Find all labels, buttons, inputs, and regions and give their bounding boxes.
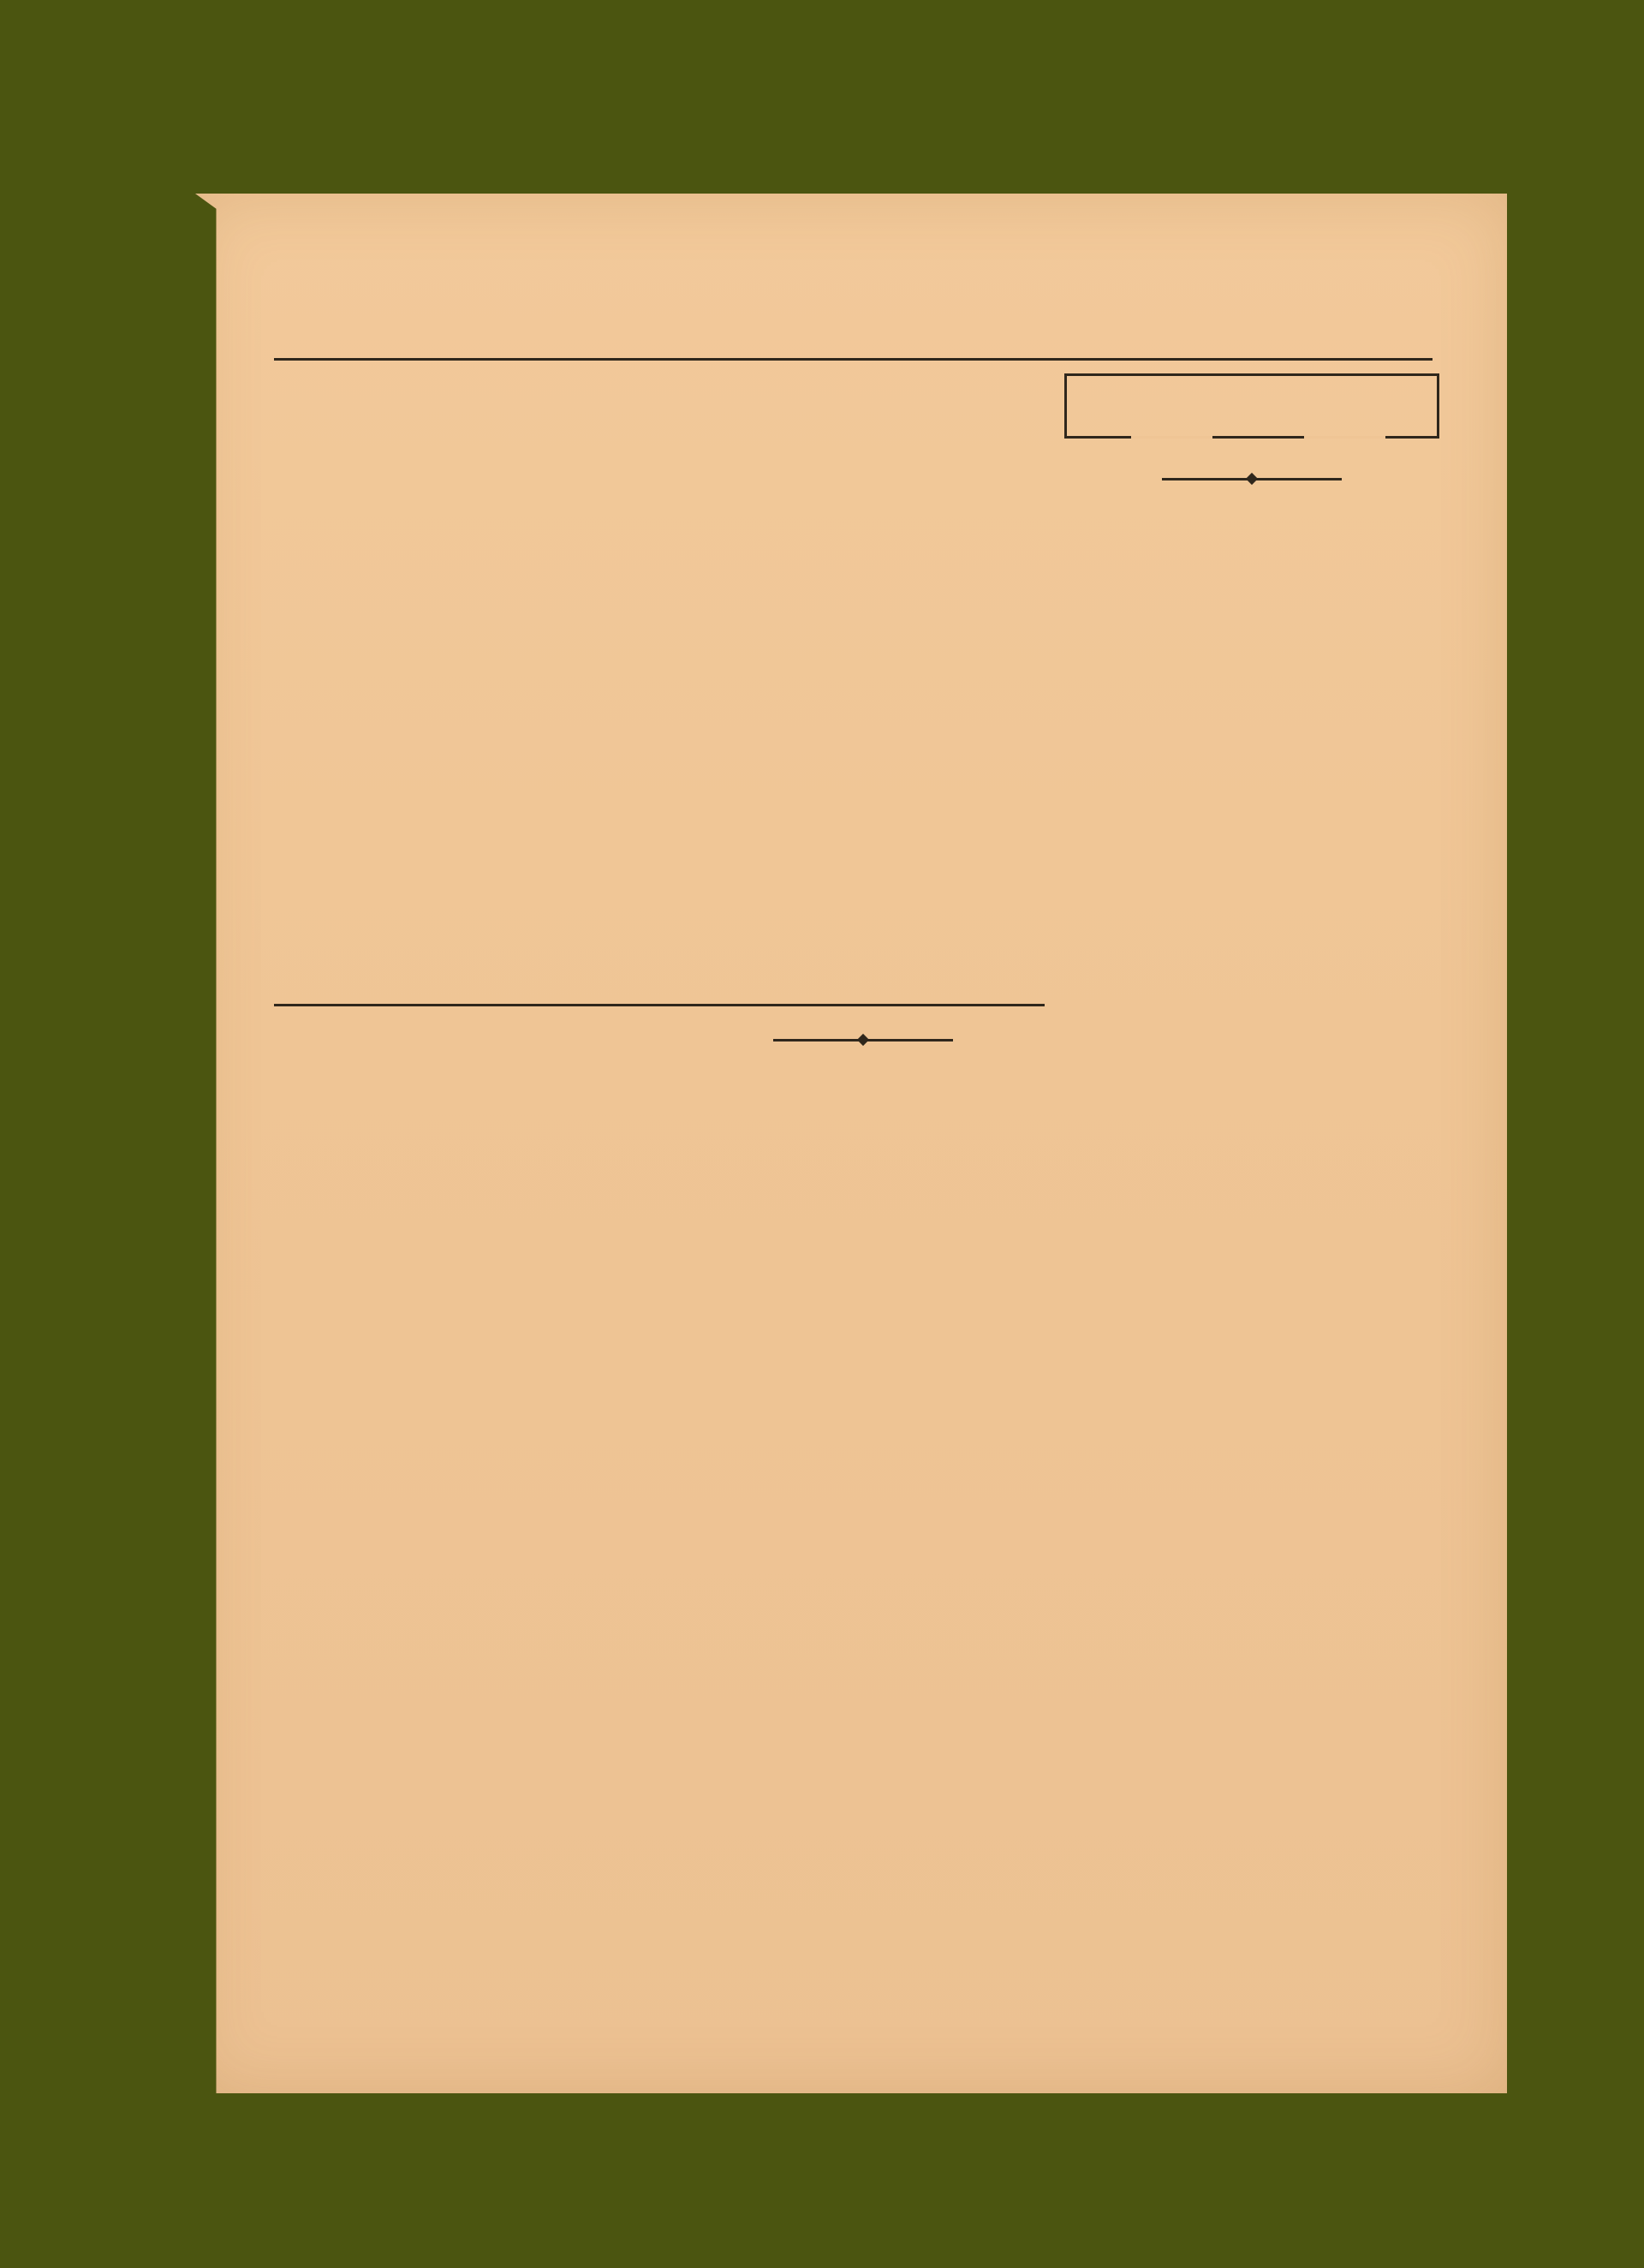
decorate-headline-box [1064, 373, 1439, 439]
header-rule [274, 358, 1433, 361]
middle-column [673, 1024, 1053, 1056]
right-column [1064, 372, 1439, 502]
robot-article [277, 1023, 658, 1144]
section-rule [274, 1004, 1045, 1006]
ornament-divider [773, 1036, 953, 1044]
lead-article [274, 370, 1046, 375]
ornament-divider [1162, 474, 1342, 483]
